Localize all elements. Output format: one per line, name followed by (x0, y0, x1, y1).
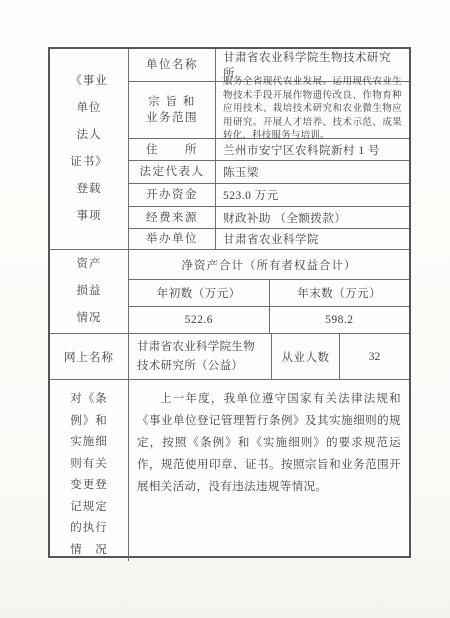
address-label: 住 所 (129, 139, 216, 160)
assets-section: 资产 损益 情况 净资产合计（所有者权益合计） 年初数（万元） 年末数（万元） … (50, 250, 409, 334)
compliance-text: 上一年度，我单位遵守国家有关法律法规和《事业单位登记管理暂行条例》及其实施细则的… (129, 380, 409, 561)
capital-label: 开办资金 (129, 184, 216, 206)
assets-column-headers: 年初数（万元） 年末数（万元） (129, 280, 409, 307)
compliance-side-line: 变更登 (70, 475, 108, 497)
compliance-side-line: 的执行 (70, 518, 108, 540)
address-row: 住 所 兰州市安宁区农科院新村 1 号 (129, 139, 409, 161)
cert-side-line: 事项 (77, 203, 102, 230)
staff-count-label: 从业人数 (272, 334, 340, 379)
begin-year-label: 年初数（万元） (129, 280, 270, 306)
mission-row: 宗 旨 和 业务范围 服务全省现代农业发展。运用现代农业生物技术手段开展作物遗传… (129, 82, 409, 139)
compliance-side-line: 记规定 (70, 497, 108, 519)
compliance-section: 对《条 例》和 实施细 则有关 变更登 记规定 的执行 情 况 上一年度，我单位… (50, 380, 409, 561)
compliance-side-line: 对《条 (70, 389, 108, 411)
assets-side-line: 损益 (77, 278, 102, 305)
sponsor-value: 甘肃省农业科学院 (216, 229, 409, 249)
cert-side-line: 单位 (77, 95, 102, 122)
assets-grid: 净资产合计（所有者权益合计） 年初数（万元） 年末数（万元） 522.6 598… (129, 250, 409, 333)
mission-label: 宗 旨 和 业务范围 (129, 82, 216, 138)
cert-side-line: 证书》 (70, 149, 108, 176)
net-assets-header: 净资产合计（所有者权益合计） (129, 250, 409, 280)
legal-rep-label: 法定代表人 (129, 161, 216, 183)
compliance-side-line: 实施细 (70, 432, 108, 454)
online-name-section: 网上名称 甘肃省农业科学院生物技术研究所（公益） 从业人数 32 (50, 334, 409, 380)
begin-year-value: 522.6 (129, 307, 270, 333)
unit-name-label: 单位名称 (129, 49, 216, 81)
assets-side-line: 资产 (77, 251, 102, 278)
mission-label-line2: 业务范围 (146, 110, 198, 126)
registration-table: 《事业 单位 法人 证书》 登载 事项 单位名称 甘肃省农业科学院生物技术研究所… (48, 47, 411, 558)
assets-values: 522.6 598.2 (129, 307, 409, 333)
sponsor-row: 举办单位 甘肃省农业科学院 (129, 229, 409, 249)
cert-side-label: 《事业 单位 法人 证书》 登载 事项 (50, 49, 129, 249)
cert-side-line: 登载 (77, 176, 102, 203)
cert-side-line: 《事业 (70, 68, 108, 95)
compliance-side-line: 则有关 (70, 454, 108, 476)
sponsor-label: 举办单位 (129, 229, 216, 249)
cert-side-line: 法人 (77, 122, 102, 149)
assets-side-line: 情况 (77, 305, 102, 332)
funding-label: 经费来源 (129, 207, 216, 228)
staff-count-value: 32 (340, 334, 409, 379)
legal-rep-row: 法定代表人 陈玉梁 (129, 161, 409, 184)
capital-row: 开办资金 523.0 万元 (129, 184, 409, 207)
legal-rep-value: 陈玉梁 (216, 161, 409, 183)
funding-value: 财政补助 （全额拨款） (216, 207, 409, 228)
cert-rows: 单位名称 甘肃省农业科学院生物技术研究所 宗 旨 和 业务范围 服务全省现代农业… (129, 49, 409, 249)
cert-section: 《事业 单位 法人 证书》 登载 事项 单位名称 甘肃省农业科学院生物技术研究所… (50, 49, 409, 250)
end-year-label: 年末数（万元） (270, 280, 410, 306)
address-value: 兰州市安宁区农科院新村 1 号 (216, 139, 409, 160)
online-name-label: 网上名称 (50, 334, 129, 379)
assets-side-label: 资产 损益 情况 (50, 250, 129, 333)
funding-row: 经费来源 财政补助 （全额拨款） (129, 207, 409, 229)
compliance-side-label: 对《条 例》和 实施细 则有关 变更登 记规定 的执行 情 况 (50, 380, 129, 561)
mission-value: 服务全省现代农业发展。运用现代农业生物技术手段开展作物遗传改良、作物育种应用技术… (216, 82, 409, 138)
mission-label-line1: 宗 旨 和 (148, 94, 196, 110)
document-page: { "colors": { "page_background": "#fbfbf… (0, 0, 450, 618)
online-name-value: 甘肃省农业科学院生物技术研究所（公益） (129, 334, 272, 379)
compliance-side-line: 情 况 (70, 540, 108, 562)
capital-value: 523.0 万元 (216, 184, 409, 206)
end-year-value: 598.2 (270, 307, 410, 333)
compliance-side-line: 例》和 (70, 411, 108, 433)
